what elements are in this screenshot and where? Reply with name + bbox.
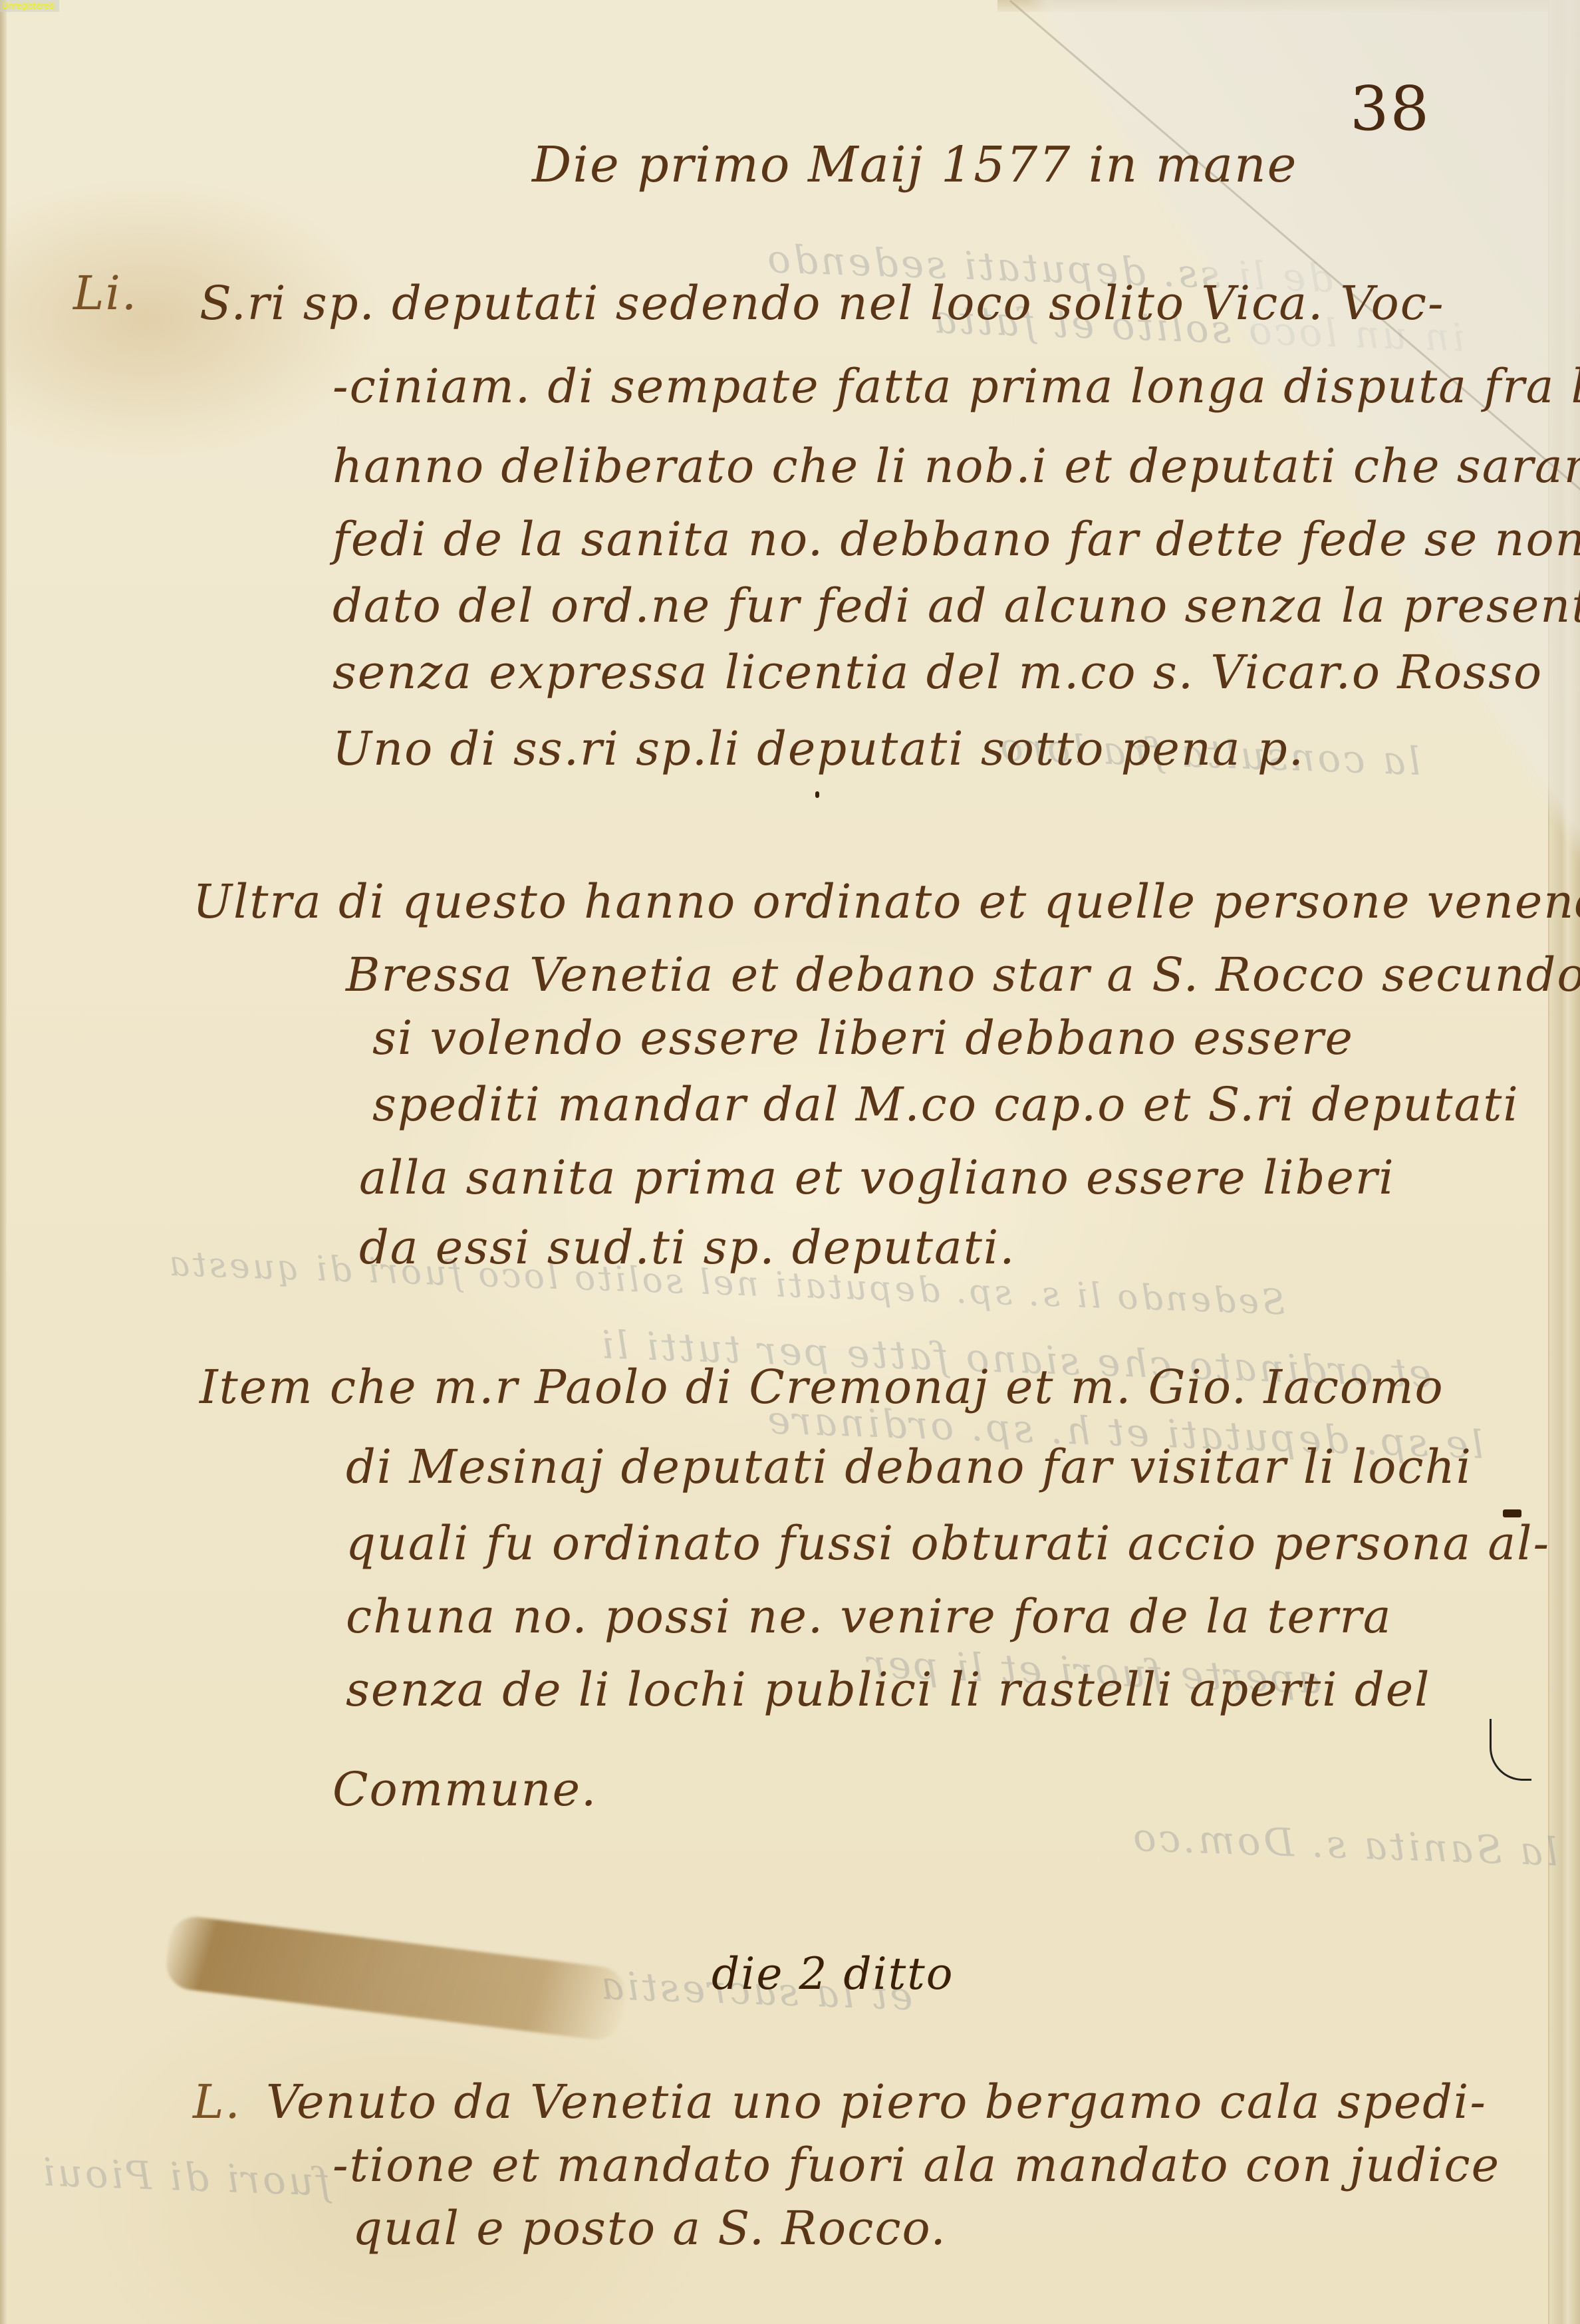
page-top-edge bbox=[997, 0, 1580, 12]
text-line: da essi sud.ti sp. deputati. bbox=[359, 1220, 1016, 1275]
text-line: Venuto da Venetia uno piero bergamo cala… bbox=[266, 2075, 1487, 2129]
text-line: S.ri sp. deputati sedendo nel loco solit… bbox=[199, 276, 1445, 330]
text-line: hanno deliberato che li nob.i et deputat… bbox=[332, 439, 1580, 493]
text-line: -ciniam. di sempate fatta prima longa di… bbox=[332, 359, 1580, 414]
folio-number: 38 bbox=[1350, 73, 1430, 144]
text-line: Bressa Venetia et debano star a S. Rocco… bbox=[346, 948, 1580, 1002]
ink-blot bbox=[1503, 1509, 1521, 1517]
text-line: qual e posto a S. Rocco. bbox=[352, 2201, 947, 2256]
ink-stain bbox=[164, 1914, 628, 2042]
text-line: chuna no. possi ne. venire fora de la te… bbox=[346, 1589, 1392, 1644]
entry-heading-date: die 2 ditto bbox=[712, 1948, 954, 2000]
bleed-through-text: fuori di Pioui bbox=[39, 2149, 331, 2204]
margin-note: L. bbox=[193, 2075, 241, 2129]
text-line: senza de li lochi publici li rastelli ap… bbox=[346, 1662, 1431, 1717]
text-line: Commune. bbox=[332, 1762, 597, 1817]
manuscript-page: de li ss. deputati sedendo in un loco so… bbox=[0, 0, 1580, 2324]
text-line: Ultra di questo hanno ordinato et quelle… bbox=[193, 874, 1580, 929]
text-line: senza expressa licentia del m.co s. Vica… bbox=[332, 645, 1543, 700]
text-line: alla sanita prima et vogliano essere lib… bbox=[359, 1150, 1395, 1205]
text-line: di Mesinaj deputati debano far visitar l… bbox=[346, 1440, 1472, 1494]
text-line: fedi de la sanita no. debbano far dette … bbox=[332, 512, 1580, 567]
loose-thread bbox=[1490, 1719, 1531, 1781]
text-line: spediti mandar dal M.co cap.o et S.ri de… bbox=[372, 1077, 1519, 1132]
viewer-watermark: Unregistered. bbox=[0, 0, 59, 12]
text-line: -tione et mandato fuori ala mandato con … bbox=[332, 2138, 1500, 2192]
text-line: dato del ord.ne fur fedi ad alcuno senza… bbox=[332, 579, 1580, 633]
page-left-edge bbox=[0, 0, 7, 2324]
bleed-through-text: la Sanita s. Dom.co bbox=[1130, 1815, 1559, 1874]
page-right-edge bbox=[1548, 0, 1580, 2324]
text-line: si volendo essere liberi debbano essere bbox=[372, 1011, 1354, 1065]
text-line: Item che m.r Paolo di Cremonaj et m. Gio… bbox=[199, 1360, 1444, 1414]
text-line: Uno di ss.ri sp.li deputati sotto pena p… bbox=[332, 721, 1305, 776]
entry-heading-date: Die primo Maij 1577 in mane bbox=[532, 136, 1297, 194]
margin-note: Li. bbox=[73, 266, 138, 321]
text-line: quali fu ordinato fussi obturati accio p… bbox=[346, 1516, 1550, 1571]
ink-dot bbox=[815, 791, 819, 798]
